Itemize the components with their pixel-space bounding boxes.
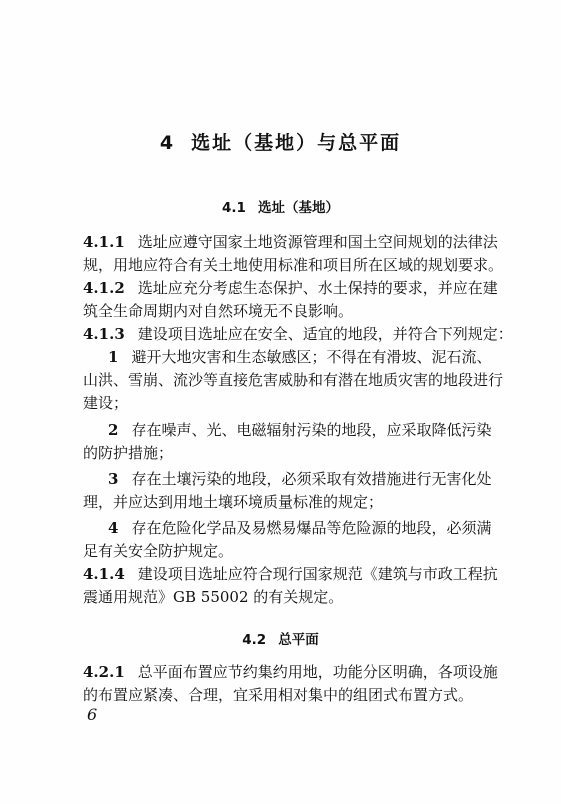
section-number: 4.2 [242,632,266,648]
list-item-2: 2存在噪声、光、电磁辐射污染的地段，应采取降低污染 [108,419,493,442]
clause-number: 4.1.2 [83,279,125,297]
list-item-2-cont: 的防护措施； [83,442,493,465]
page-number: 6 [87,705,97,724]
item-number: 3 [108,470,118,488]
clause-4-1-1-cont: 规，用地应符合有关土地使用标准和项目所在区域的规划要求。 [83,254,493,277]
section-title-text: 选址（基地） [258,200,339,216]
clause-text: 建设项目选址应符合现行国家规范《建筑与市政工程抗 [138,565,498,583]
section-title-4-1: 4.1选址（基地） [0,196,561,216]
clause-text: 建设项目选址应在安全、适宜的地段，并符合下列规定： [138,325,513,343]
item-text: 存在危险化学品及易燃易爆品等危险源的地段，必须满 [131,519,491,537]
clause-number: 4.1.3 [83,325,125,343]
clause-text: 总平面布置应节约集约用地，功能分区明确，各项设施 [138,663,498,681]
list-item-1: 1避开大地灾害和生态敏感区；不得在有滑坡、泥石流、 [108,346,493,369]
item-number: 1 [108,348,118,366]
clause-4-2-1: 4.2.1总平面布置应节约集约用地，功能分区明确，各项设施 [83,661,493,684]
clause-4-1-4-cont: 震通用规范》GB 55002 的有关规定。 [83,586,493,609]
list-item-1-cont: 山洪、雪崩、流沙等直接危害威胁和有潜在地质灾害的地段进行 [83,369,493,392]
clause-text: 选址应充分考虑生态保护、水土保持的要求，并应在建 [138,279,498,297]
section-title-text: 总平面 [278,632,319,648]
item-text: 存在噪声、光、电磁辐射污染的地段，应采取降低污染 [131,421,491,439]
chapter-number: 4 [160,132,175,154]
list-item-4-cont: 足有关安全防护规定。 [83,540,493,563]
list-item-3: 3存在土壤污染的地段，必须采取有效措施进行无害化处 [108,468,493,491]
clause-4-2-1-cont: 的布置应紧凑、合理，宜采用相对集中的组团式布置方式。 [83,684,493,707]
chapter-title-text: 选址（基地）与总平面 [191,132,401,154]
item-number: 2 [108,421,118,439]
chapter-title: 4选址（基地）与总平面 [0,128,561,155]
list-item-3-cont: 理，并应达到用地土壤环境质量标准的规定； [83,491,493,514]
clause-4-1-3: 4.1.3建设项目选址应在安全、适宜的地段，并符合下列规定： [83,323,493,346]
document-page: 4选址（基地）与总平面 4.1选址（基地） 4.1.1选址应遵守国家土地资源管理… [0,0,561,804]
clause-text: 选址应遵守国家土地资源管理和国土空间规划的法律法 [138,233,498,251]
clause-number: 4.1.4 [83,565,125,583]
item-text: 避开大地灾害和生态敏感区；不得在有滑坡、泥石流、 [131,348,491,366]
list-item-1-cont: 建设； [83,392,493,415]
clause-4-1-2-cont: 筑全生命周期内对自然环境无不良影响。 [83,300,493,323]
clause-4-1-2: 4.1.2选址应充分考虑生态保护、水土保持的要求，并应在建 [83,277,493,300]
section-title-4-2: 4.2总平面 [0,628,561,648]
item-text: 存在土壤污染的地段，必须采取有效措施进行无害化处 [131,470,491,488]
list-item-4: 4存在危险化学品及易燃易爆品等危险源的地段，必须满 [108,517,493,540]
clause-number: 4.1.1 [83,233,125,251]
clause-number: 4.2.1 [83,663,125,681]
section-number: 4.1 [222,200,246,216]
item-number: 4 [108,519,118,537]
clause-4-1-1: 4.1.1选址应遵守国家土地资源管理和国土空间规划的法律法 [83,231,493,254]
clause-4-1-4: 4.1.4建设项目选址应符合现行国家规范《建筑与市政工程抗 [83,563,493,586]
